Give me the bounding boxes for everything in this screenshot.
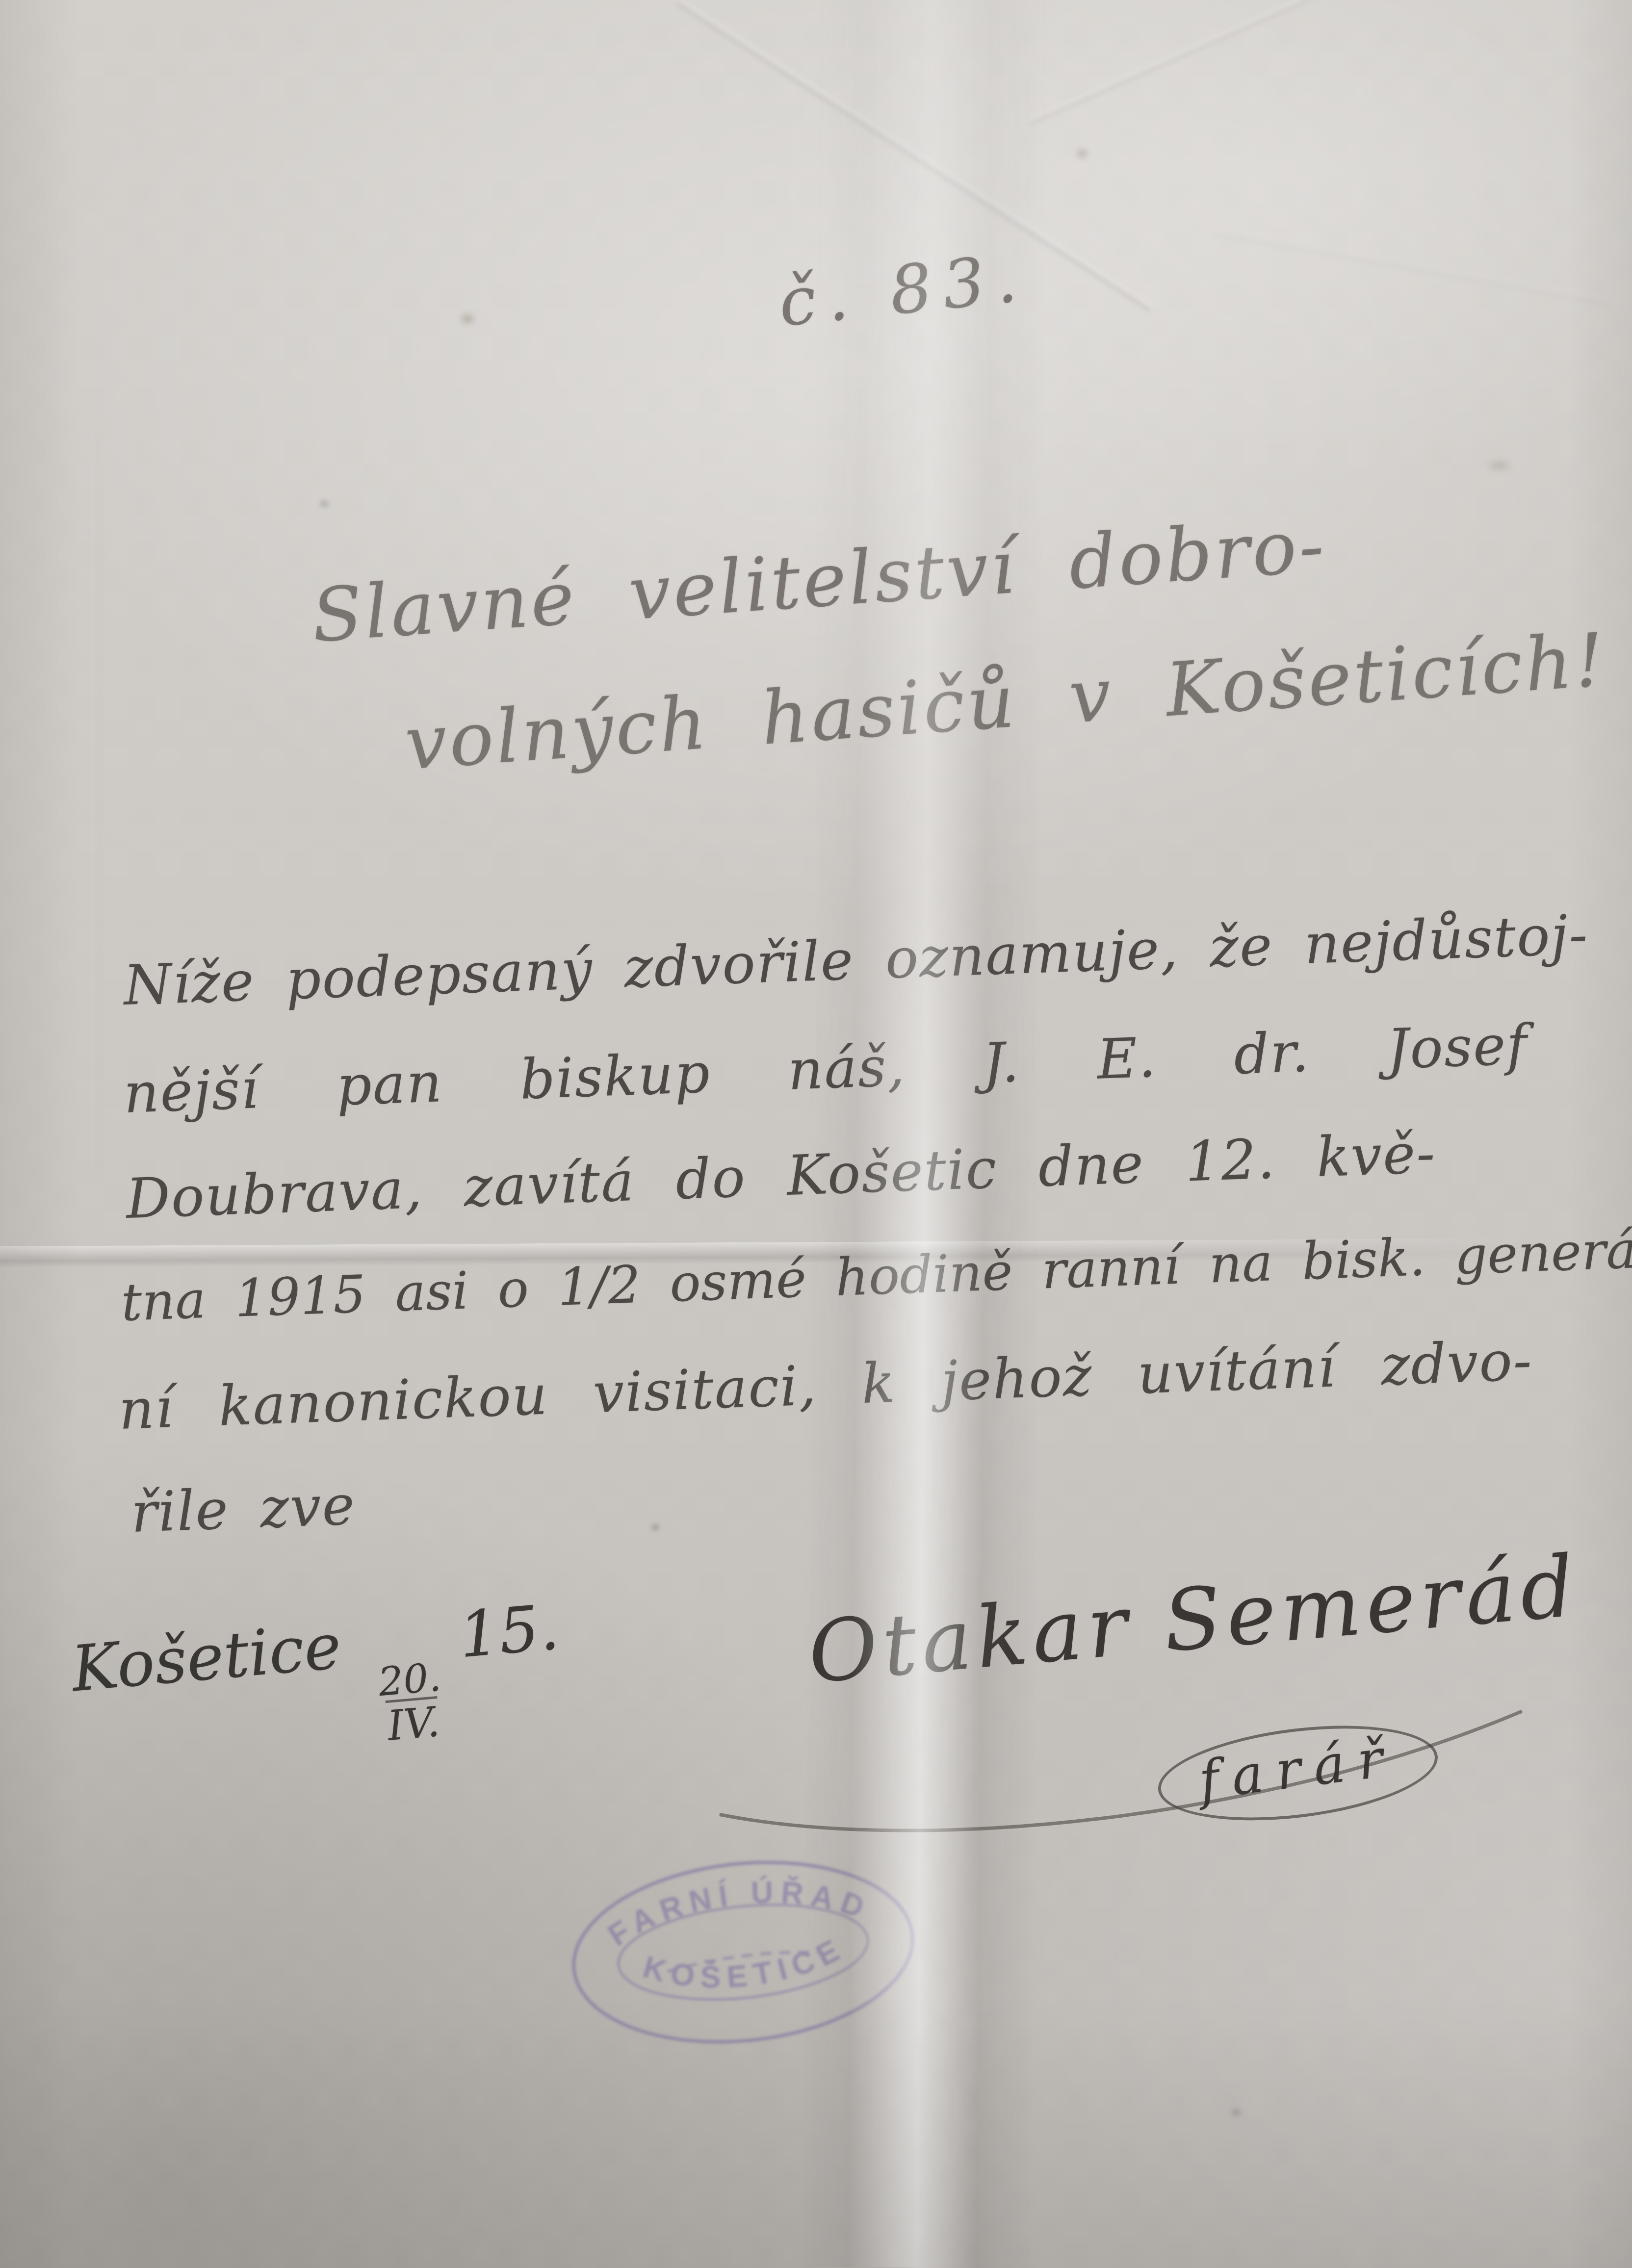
paper-stain: [1077, 150, 1088, 157]
body-line-6: řile zve: [130, 1473, 357, 1545]
paper-stain: [461, 314, 474, 324]
body-line-5: ní kanonickou visitaci, k jehož uvítání …: [118, 1329, 1534, 1442]
dateline: Košetice20.IV.15.: [69, 1591, 568, 1773]
paper-stain: [1231, 2109, 1241, 2116]
salutation-line-2: volných hasičů v Košeticích!: [402, 618, 1609, 787]
salutation-line-1: Slavné velitelství dobro-: [309, 503, 1329, 659]
body-line-4: tna 1915 asi o 1/2 osmé hodině ranní na …: [120, 1219, 1632, 1333]
document-number: č. 83.: [775, 239, 1031, 341]
edge-crease: [93, 432, 98, 1167]
diagonal-crease: [1028, 0, 1434, 125]
paper-stain: [320, 500, 329, 507]
date-fraction: 20.IV.: [377, 1658, 446, 1746]
date-month: IV.: [386, 1696, 441, 1746]
body-line-3: Doubrava, zavítá do Košetic dne 12. kvě-: [125, 1122, 1437, 1231]
stamp-bottom-text-arc: KOŠETICE: [636, 1929, 854, 2004]
date-day: 20.: [377, 1658, 442, 1701]
body-line-1: Níže podepsaný zdvořile oznamuje, že nej…: [123, 903, 1589, 1018]
stamp-bottom-text: KOŠETICE: [636, 1929, 854, 2004]
document-photo: č. 83. Slavné velitelství dobro- volných…: [0, 0, 1632, 2268]
paper-stain: [1489, 461, 1509, 470]
date-year: 15.: [456, 1591, 562, 1672]
paper-stain: [651, 1524, 659, 1530]
place-name: Košetice: [69, 1610, 344, 1706]
diagonal-crease: [1214, 230, 1611, 305]
body-line-2: nější pan biskup náš, J. E. dr. Josef: [123, 1013, 1529, 1126]
